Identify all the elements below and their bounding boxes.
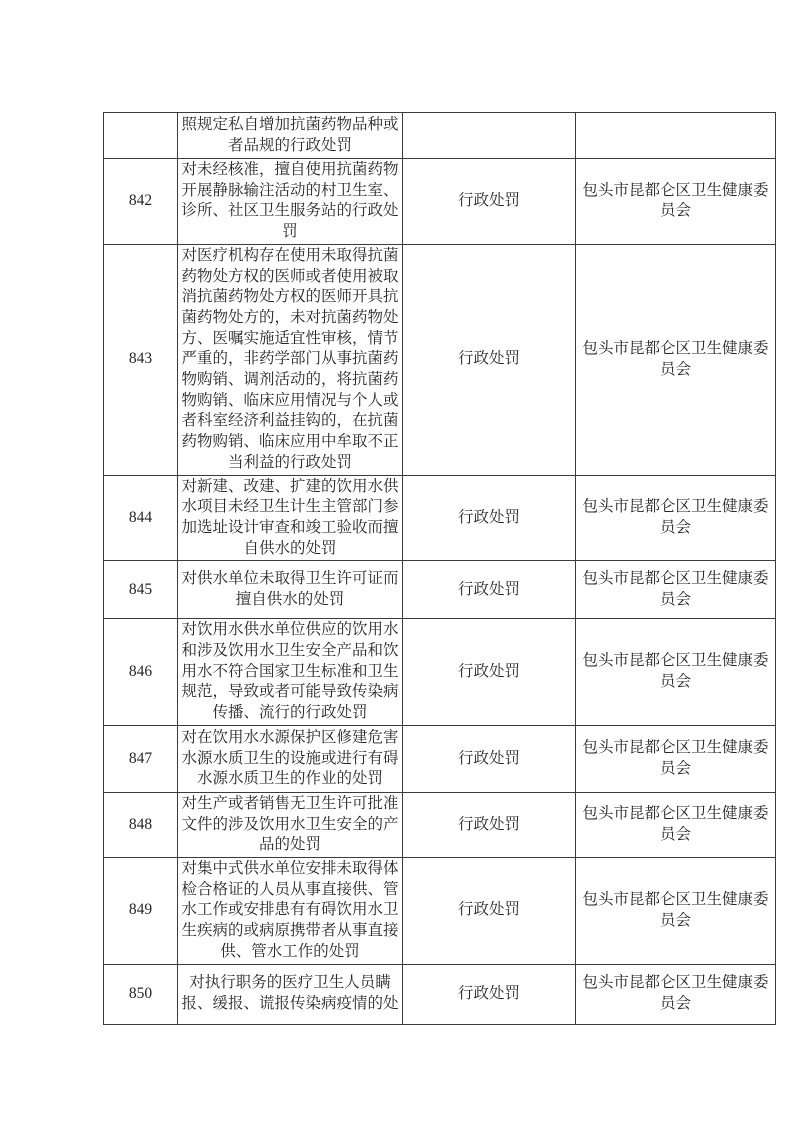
table-row: 850 对执行职务的医疗卫生人员瞒报、缓报、谎报传染病疫情的处 行政处罚 包头市… [104, 964, 776, 1024]
row-number-cell: 848 [104, 792, 178, 857]
row-number-cell: 849 [104, 857, 178, 964]
type-cell: 行政处罚 [403, 619, 576, 726]
type-cell: 行政处罚 [403, 857, 576, 964]
type-cell: 行政处罚 [403, 475, 576, 561]
row-number-cell: 850 [104, 964, 178, 1024]
type-cell: 行政处罚 [403, 244, 576, 475]
authority-cell: 包头市昆都仑区卫生健康委员会 [576, 159, 776, 245]
type-cell: 行政处罚 [403, 964, 576, 1024]
document-page: { "table": { "rows": [ { "no": "", "item… [0, 0, 793, 1122]
item-cell: 对饮用水供水单位供应的饮用水和涉及饮用水卫生安全产品和饮用水不符合国家卫生标准和… [178, 619, 403, 726]
item-cell: 对集中式供水单位安排未取得体检合格证的人员从事直接供、管水工作或安排患有有碍饮用… [178, 857, 403, 964]
authority-cell: 包头市昆都仑区卫生健康委员会 [576, 964, 776, 1024]
table-row: 844 对新建、改建、扩建的饮用水供水项目未经卫生计生主管部门参加选址设计审查和… [104, 475, 776, 561]
table-row: 848 对生产或者销售无卫生许可批准文件的涉及饮用水卫生安全的产品的处罚 行政处… [104, 792, 776, 857]
row-number-cell: 844 [104, 475, 178, 561]
type-cell: 行政处罚 [403, 792, 576, 857]
type-cell: 行政处罚 [403, 561, 576, 619]
type-cell: 行政处罚 [403, 159, 576, 245]
table-row: 843 对医疗机构存在使用未取得抗菌药物处方权的医师或者使用被取消抗菌药物处方权… [104, 244, 776, 475]
row-number-cell: 846 [104, 619, 178, 726]
item-cell: 对执行职务的医疗卫生人员瞒报、缓报、谎报传染病疫情的处 [178, 964, 403, 1024]
table-row: 846 对饮用水供水单位供应的饮用水和涉及饮用水卫生安全产品和饮用水不符合国家卫… [104, 619, 776, 726]
item-cell: 对供水单位未取得卫生许可证而擅自供水的处罚 [178, 561, 403, 619]
penalty-table: 照规定私自增加抗菌药物品种或者品规的行政处罚 842 对未经核准，擅自使用抗菌药… [103, 112, 776, 1025]
authority-cell: 包头市昆都仑区卫生健康委员会 [576, 244, 776, 475]
item-cell: 照规定私自增加抗菌药物品种或者品规的行政处罚 [178, 113, 403, 159]
authority-cell: 包头市昆都仑区卫生健康委员会 [576, 561, 776, 619]
page: 照规定私自增加抗菌药物品种或者品规的行政处罚 842 对未经核准，擅自使用抗菌药… [0, 0, 793, 1122]
authority-cell: 包头市昆都仑区卫生健康委员会 [576, 619, 776, 726]
table-row: 847 对在饮用水水源保护区修建危害水源水质卫生的设施或进行有碍水源水质卫生的作… [104, 725, 776, 792]
item-cell: 对未经核准，擅自使用抗菌药物开展静脉输注活动的村卫生室、诊所、社区卫生服务站的行… [178, 159, 403, 245]
row-number-cell: 845 [104, 561, 178, 619]
item-cell: 对新建、改建、扩建的饮用水供水项目未经卫生计生主管部门参加选址设计审查和竣工验收… [178, 475, 403, 561]
authority-cell: 包头市昆都仑区卫生健康委员会 [576, 725, 776, 792]
type-cell [403, 113, 576, 159]
authority-cell: 包头市昆都仑区卫生健康委员会 [576, 792, 776, 857]
item-cell: 对医疗机构存在使用未取得抗菌药物处方权的医师或者使用被取消抗菌药物处方权的医师开… [178, 244, 403, 475]
row-number-cell: 847 [104, 725, 178, 792]
authority-cell [576, 113, 776, 159]
row-number-cell: 843 [104, 244, 178, 475]
row-number-cell: 842 [104, 159, 178, 245]
table-row: 849 对集中式供水单位安排未取得体检合格证的人员从事直接供、管水工作或安排患有… [104, 857, 776, 964]
item-cell: 对生产或者销售无卫生许可批准文件的涉及饮用水卫生安全的产品的处罚 [178, 792, 403, 857]
type-cell: 行政处罚 [403, 725, 576, 792]
table-row: 照规定私自增加抗菌药物品种或者品规的行政处罚 [104, 113, 776, 159]
table-row: 842 对未经核准，擅自使用抗菌药物开展静脉输注活动的村卫生室、诊所、社区卫生服… [104, 159, 776, 245]
table-row: 845 对供水单位未取得卫生许可证而擅自供水的处罚 行政处罚 包头市昆都仑区卫生… [104, 561, 776, 619]
authority-cell: 包头市昆都仑区卫生健康委员会 [576, 857, 776, 964]
row-number-cell [104, 113, 178, 159]
item-cell: 对在饮用水水源保护区修建危害水源水质卫生的设施或进行有碍水源水质卫生的作业的处罚 [178, 725, 403, 792]
authority-cell: 包头市昆都仑区卫生健康委员会 [576, 475, 776, 561]
